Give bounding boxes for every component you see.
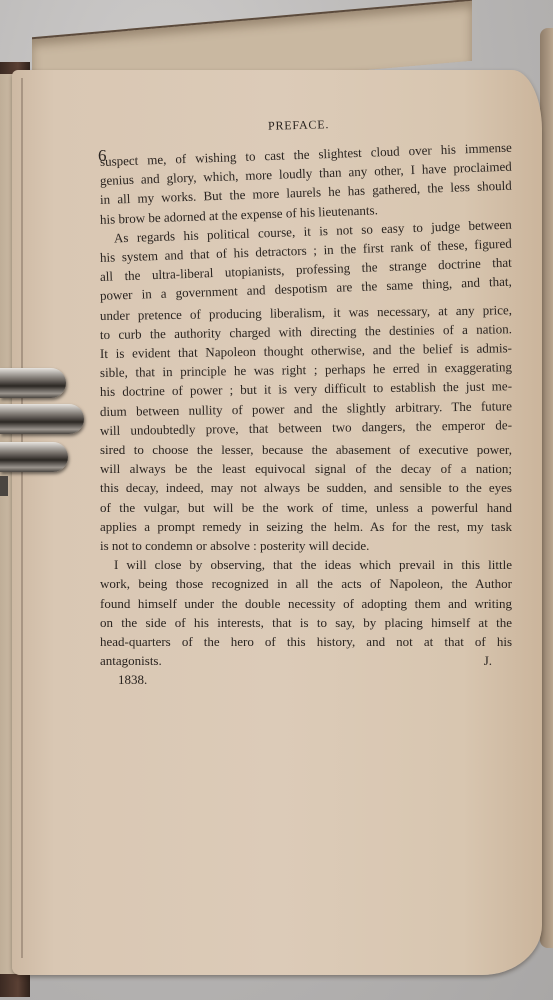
clip-stem [0, 476, 8, 496]
text-line: will always be the least equivocal signa… [100, 459, 512, 478]
metal-page-clip [0, 364, 90, 494]
text-line: applies a prompt remedy in seizing the h… [100, 517, 512, 536]
text-line: on the side of his interests, that is to… [100, 613, 512, 632]
running-head: PREFACE. [268, 117, 330, 134]
gutter-line [21, 78, 23, 958]
paragraph-2: As regards his political course, it is n… [100, 229, 512, 555]
page-body: suspect me, of wishing to cast the sligh… [100, 152, 512, 690]
clip-prong-icon [0, 404, 84, 434]
text-line: head-quarters of the hero of this histor… [100, 632, 512, 651]
date: 1838. [118, 670, 512, 689]
clip-prong-icon [0, 368, 66, 398]
text-line: sired to choose the lesser, because the … [100, 440, 512, 459]
signature: J. [484, 651, 492, 670]
clip-prong-icon [0, 442, 68, 472]
text-line: this decay, indeed, may not always be su… [100, 478, 512, 497]
closing-row: antagonists. J. [100, 651, 512, 670]
text-line: of the vulgar, but will be the work of t… [100, 498, 512, 517]
text-line: is not to condemn or absolve : posterity… [100, 536, 512, 555]
paragraph-3: I will close by observing, that the idea… [100, 555, 512, 689]
text-line: I will close by observing, that the idea… [100, 555, 512, 574]
text-line: work, being those recognized in all the … [100, 574, 512, 593]
text-line: found himself under the double necessity… [100, 594, 512, 613]
closing-word: antagonists. [100, 651, 162, 670]
